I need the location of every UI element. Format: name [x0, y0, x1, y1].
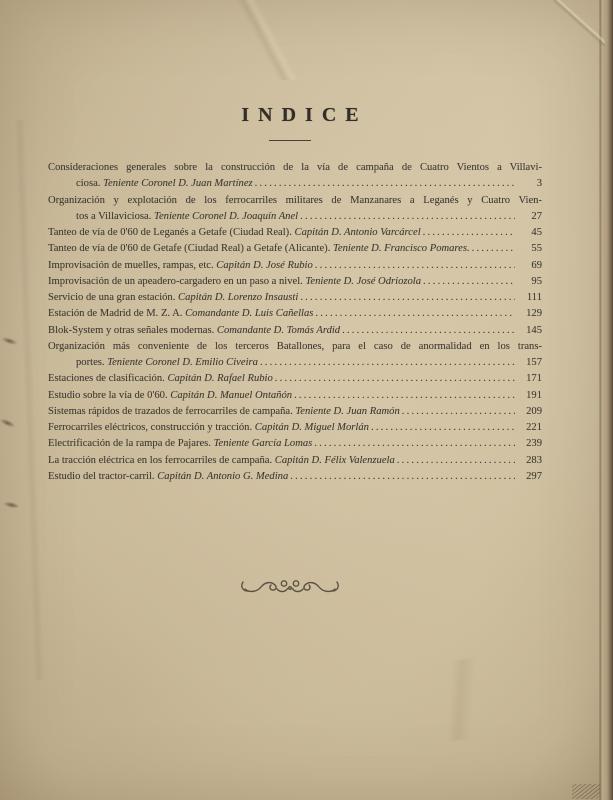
toc-leader-dots	[472, 241, 515, 257]
toc-page-number: 145	[518, 323, 542, 339]
toc-leader-dots	[423, 274, 515, 290]
toc-entry-title: Estudio sobre la vía de 0'60.	[48, 388, 170, 404]
toc-page-number: 209	[518, 404, 542, 420]
toc-entry-line: Servicio de una gran estación. Capitán D…	[48, 290, 542, 306]
toc-entry-author: Capitán D. Antonio G. Medina	[157, 469, 288, 485]
toc-leader-dots	[397, 453, 515, 469]
toc-page-number: 45	[518, 225, 542, 241]
toc-entry-title: La tracción eléctrica en los ferrocarril…	[48, 453, 275, 469]
toc-entry-title: Improvisación de muelles, rampas, etc.	[48, 258, 216, 274]
flourish-icon	[240, 576, 340, 598]
toc-entry-author: Capitán D. Lorenzo Insausti	[178, 290, 298, 306]
toc-entry-line: portes. Teniente Coronel D. Emilio Civei…	[48, 355, 542, 371]
toc-entry-title: Tanteo de vía de 0'60 de Leganés a Getaf…	[48, 225, 295, 241]
toc-entry-title: portes.	[76, 355, 107, 371]
toc-entry-author: Teniente D. Juan Ramón	[295, 404, 399, 420]
toc-page-number: 239	[518, 436, 542, 452]
toc-entry-line: Sistemas rápidos de trazados de ferrocar…	[48, 404, 542, 420]
toc-entry-title: Estudio del tractor-carril.	[48, 469, 157, 485]
toc-page-number: 111	[518, 290, 542, 306]
scanned-book-page: INDICE Consideraciones generales sobre l…	[0, 0, 613, 800]
floral-flourish-ornament	[240, 576, 340, 598]
toc-page-number: 3	[518, 176, 542, 192]
toc-leader-dots	[315, 306, 515, 322]
toc-entry-title: Improvisación de un apeadero-cargadero e…	[48, 274, 305, 290]
toc-entry-wrapped-line: Consideraciones generales sobre la const…	[48, 160, 542, 176]
toc-leader-dots	[402, 404, 515, 420]
toc-leader-dots	[275, 371, 515, 387]
toc-entry-author: Capitán D. Manuel Ontañón	[170, 388, 292, 404]
toc-leader-dots	[300, 209, 515, 225]
toc-entry-author: Capitán D. Rafael Rubio	[167, 371, 272, 387]
toc-entry-line: Estudio sobre la vía de 0'60. Capitán D.…	[48, 388, 542, 404]
toc-entry-author: Comandante D. Luis Cañellas	[185, 306, 313, 322]
toc-entry-author: Capitán D. José Rubio	[216, 258, 313, 274]
toc-entry-line: La tracción eléctrica en los ferrocarril…	[48, 453, 542, 469]
toc-entry-title: Servicio de una gran estación.	[48, 290, 178, 306]
toc-leader-dots	[423, 225, 515, 241]
toc-entry-line: Tanteo de vía de 0'60 de Leganés a Getaf…	[48, 225, 542, 241]
toc-page-number: 69	[518, 258, 542, 274]
toc-entry-line: ciosa. Teniente Coronel D. Juan Martínez…	[48, 176, 542, 192]
toc-entry: Consideraciones generales sobre la const…	[48, 160, 542, 193]
toc-entry: Sistemas rápidos de trazados de ferrocar…	[48, 404, 542, 420]
toc-entry-line: Electrificación de la rampa de Pajares. …	[48, 436, 542, 452]
toc-entry: Organización y explotación de los ferroc…	[48, 193, 542, 226]
toc-entry-wrapped-line: Organización y explotación de los ferroc…	[48, 193, 542, 209]
toc-leader-dots	[371, 420, 515, 436]
toc-entry-title: Electrificación de la rampa de Pajares.	[48, 436, 214, 452]
toc-entry: Tanteo de vía de 0'60 de Getafe (Ciudad …	[48, 241, 542, 257]
toc-entry-author: Teniente García Lomas	[214, 436, 313, 452]
toc-entry-line: Blok-System y otras señales modernas. Co…	[48, 323, 542, 339]
toc-entry-author: Teniente Coronel D. Juan Martínez	[103, 176, 253, 192]
toc-entry-line: Estudio del tractor-carril. Capitán D. A…	[48, 469, 542, 485]
toc-page-number: 129	[518, 306, 542, 322]
toc-entry-author: Capitán D. Félix Valenzuela	[275, 453, 395, 469]
toc-leader-dots	[342, 323, 515, 339]
toc-entry: La tracción eléctrica en los ferrocarril…	[48, 453, 542, 469]
toc-entry-line: Improvisación de muelles, rampas, etc. C…	[48, 258, 542, 274]
toc-page-number: 157	[518, 355, 542, 371]
toc-entry-title: Sistemas rápidos de trazados de ferrocar…	[48, 404, 295, 420]
toc-entry-line: Improvisación de un apeadero-cargadero e…	[48, 274, 542, 290]
toc-entry: Ferrocarriles eléctricos, construcción y…	[48, 420, 542, 436]
title-divider-rule	[269, 140, 311, 141]
toc-entry: Improvisación de muelles, rampas, etc. C…	[48, 258, 542, 274]
toc-entry-author: Teniente Coronel D. Emilio Civeira	[107, 355, 258, 371]
toc-entry-line: tos a Villaviciosa. Teniente Coronel D. …	[48, 209, 542, 225]
toc-leader-dots	[300, 290, 515, 306]
page-title: INDICE	[0, 104, 600, 127]
toc-page-number: 95	[518, 274, 542, 290]
toc-entry-wrapped-line: Organización más conveniente de los terc…	[48, 339, 542, 355]
toc-entry: Blok-System y otras señales modernas. Co…	[48, 323, 542, 339]
toc-leader-dots	[294, 388, 515, 404]
page-corner-fold	[553, 0, 605, 46]
table-of-contents: Consideraciones generales sobre la const…	[48, 160, 542, 485]
toc-entry: Improvisación de un apeadero-cargadero e…	[48, 274, 542, 290]
toc-entry: Estación de Madrid de M. Z. A. Comandant…	[48, 306, 542, 322]
toc-entry-author: Capitán D. Antonio Varcárcel	[295, 225, 421, 241]
toc-leader-dots	[290, 469, 515, 485]
toc-entry-line: Tanteo de vía de 0'60 de Getafe (Ciudad …	[48, 241, 542, 257]
toc-entry-title: Blok-System y otras señales modernas.	[48, 323, 217, 339]
toc-entry-title: Estaciones de clasificación.	[48, 371, 167, 387]
toc-entry: Estudio del tractor-carril. Capitán D. A…	[48, 469, 542, 485]
toc-entry-author: Teniente Coronel D. Joaquín Anel	[154, 209, 298, 225]
toc-entry: Servicio de una gran estación. Capitán D…	[48, 290, 542, 306]
toc-entry-author: Capitán D. Miguel Morlán	[255, 420, 369, 436]
toc-page-number: 55	[518, 241, 542, 257]
toc-page-number: 27	[518, 209, 542, 225]
toc-entry-title: Estación de Madrid de M. Z. A.	[48, 306, 185, 322]
toc-entry-author: Teniente D. Francisco Pomares.	[333, 241, 470, 257]
toc-page-number: 283	[518, 453, 542, 469]
toc-entry: Estudio sobre la vía de 0'60. Capitán D.…	[48, 388, 542, 404]
toc-entry-author: Comandante D. Tomás Ardid	[217, 323, 340, 339]
toc-entry-title: tos a Villaviciosa.	[76, 209, 154, 225]
page-right-edge	[599, 0, 613, 800]
toc-entry: Organización más conveniente de los terc…	[48, 339, 542, 372]
toc-leader-dots	[260, 355, 515, 371]
toc-entry-author: Teniente D. José Odriozola	[305, 274, 421, 290]
toc-leader-dots	[315, 258, 515, 274]
toc-entry: Tanteo de vía de 0'60 de Leganés a Getaf…	[48, 225, 542, 241]
toc-entry-title: Ferrocarriles eléctricos, construcción y…	[48, 420, 255, 436]
toc-entry-line: Ferrocarriles eléctricos, construcción y…	[48, 420, 542, 436]
toc-entry-line: Estación de Madrid de M. Z. A. Comandant…	[48, 306, 542, 322]
page-content: INDICE Consideraciones generales sobre l…	[0, 0, 600, 800]
toc-page-number: 221	[518, 420, 542, 436]
toc-page-number: 171	[518, 371, 542, 387]
toc-entry-line: Estaciones de clasificación. Capitán D. …	[48, 371, 542, 387]
toc-leader-dots	[255, 176, 515, 192]
toc-entry: Electrificación de la rampa de Pajares. …	[48, 436, 542, 452]
toc-entry-title: ciosa.	[76, 176, 103, 192]
toc-page-number: 191	[518, 388, 542, 404]
toc-entry-title: Tanteo de vía de 0'60 de Getafe (Ciudad …	[48, 241, 333, 257]
page-stack-edges	[572, 784, 600, 799]
toc-leader-dots	[314, 436, 515, 452]
toc-page-number: 297	[518, 469, 542, 485]
toc-entry: Estaciones de clasificación. Capitán D. …	[48, 371, 542, 387]
